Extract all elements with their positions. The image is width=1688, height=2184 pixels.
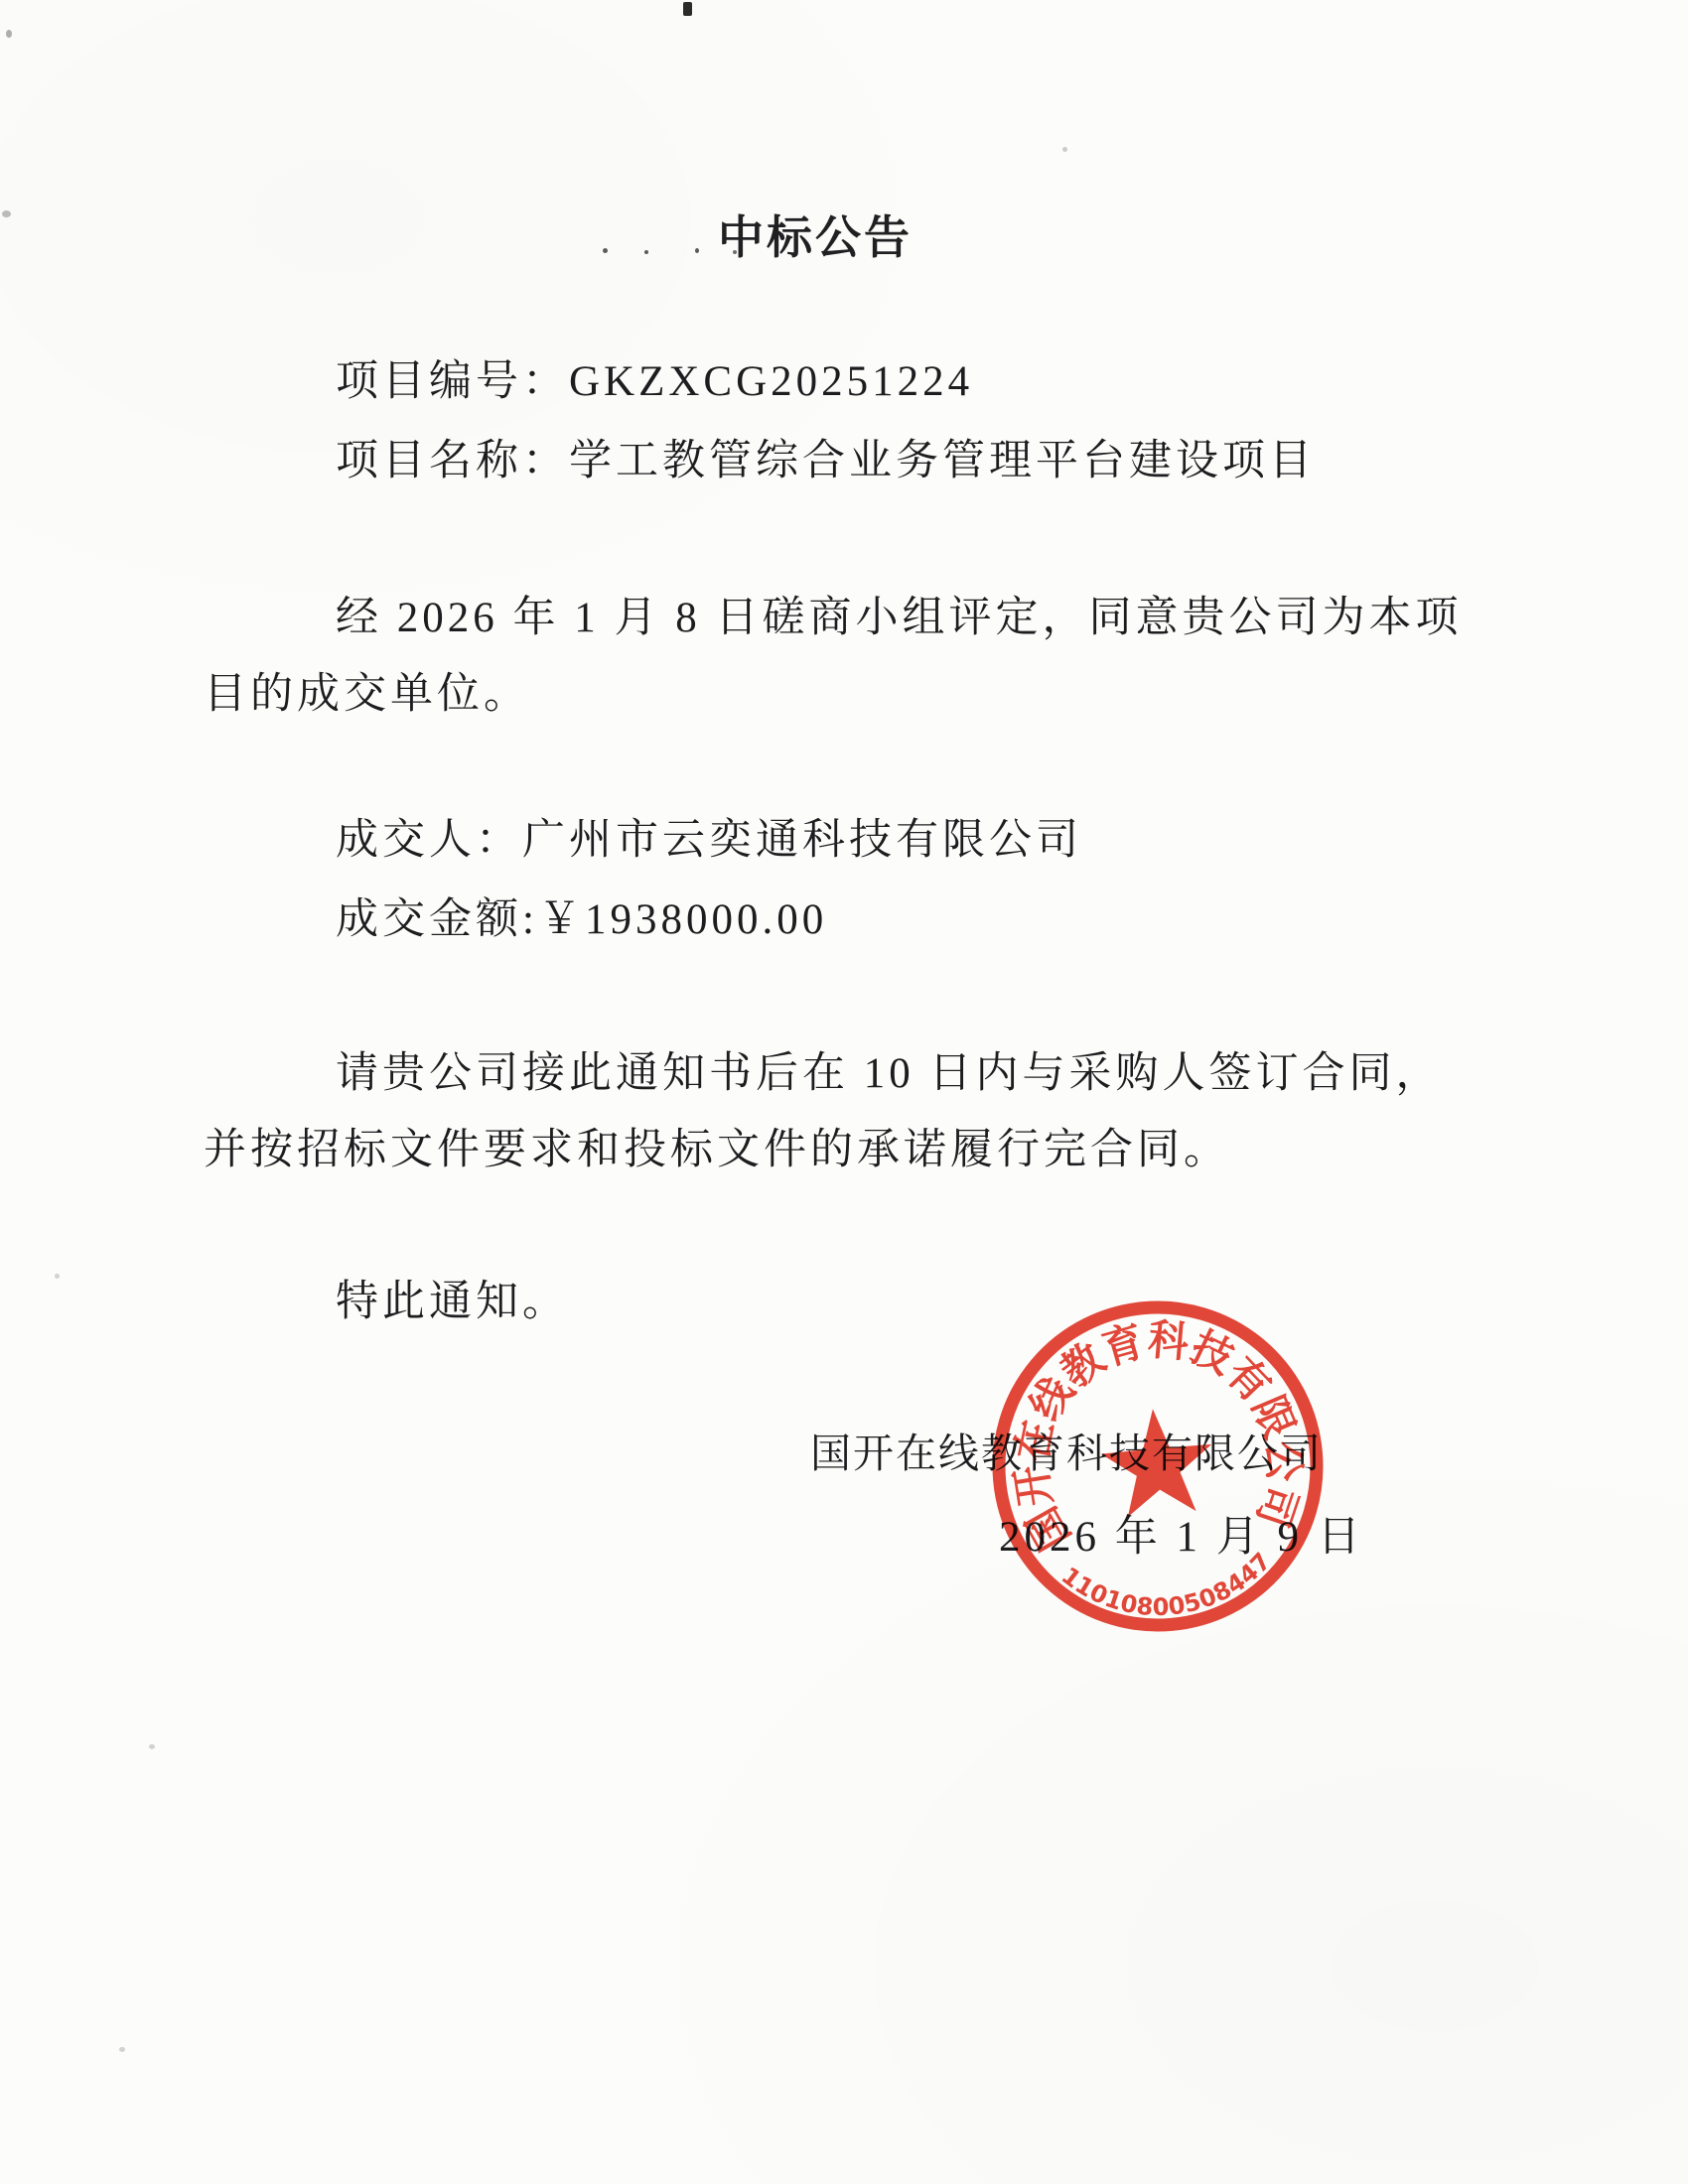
scan-speck <box>603 248 608 253</box>
paragraph2-line1: 请贵公司接此通知书后在 10 日内与采购人签订合同， <box>336 1049 1443 1098</box>
paragraph2-line2: 并按招标文件要求和投标文件的承诺履行完合同。 <box>204 1126 1230 1174</box>
scan-speck <box>119 2047 125 2052</box>
scan-speck <box>6 30 12 38</box>
paragraph1-line2: 目的成交单位。 <box>204 670 530 719</box>
scan-speck <box>695 248 699 253</box>
scan-speck <box>2 210 11 217</box>
deal-amount-line: 成交金额:￥1938000.00 <box>336 895 827 944</box>
closing-line: 特此通知。 <box>336 1278 569 1326</box>
scanned-document-page: 中标公告 项目编号：GKZXCG20251224 项目名称：学工教管综合业务管理… <box>0 0 1688 2184</box>
project-number-line: 项目编号：GKZXCG20251224 <box>336 357 973 406</box>
signature-company: 国开在线教育科技有限公司 <box>810 1431 1323 1477</box>
deal-person-line: 成交人：广州市云奕通科技有限公司 <box>336 816 1082 865</box>
page-title: 中标公告 <box>718 202 913 267</box>
scan-speck <box>683 2 692 16</box>
signature-date: 2026 年 1 月 9 日 <box>999 1513 1364 1562</box>
project-name-line: 项目名称：学工教管综合业务管理平台建设项目 <box>336 437 1316 485</box>
paragraph1-line1: 经 2026 年 1 月 8 日磋商小组评定，同意贵公司为本项 <box>336 594 1463 642</box>
scan-speck <box>644 250 648 254</box>
scan-speck <box>1062 147 1067 152</box>
scan-speck <box>149 1744 155 1749</box>
scan-speck <box>55 1274 60 1279</box>
